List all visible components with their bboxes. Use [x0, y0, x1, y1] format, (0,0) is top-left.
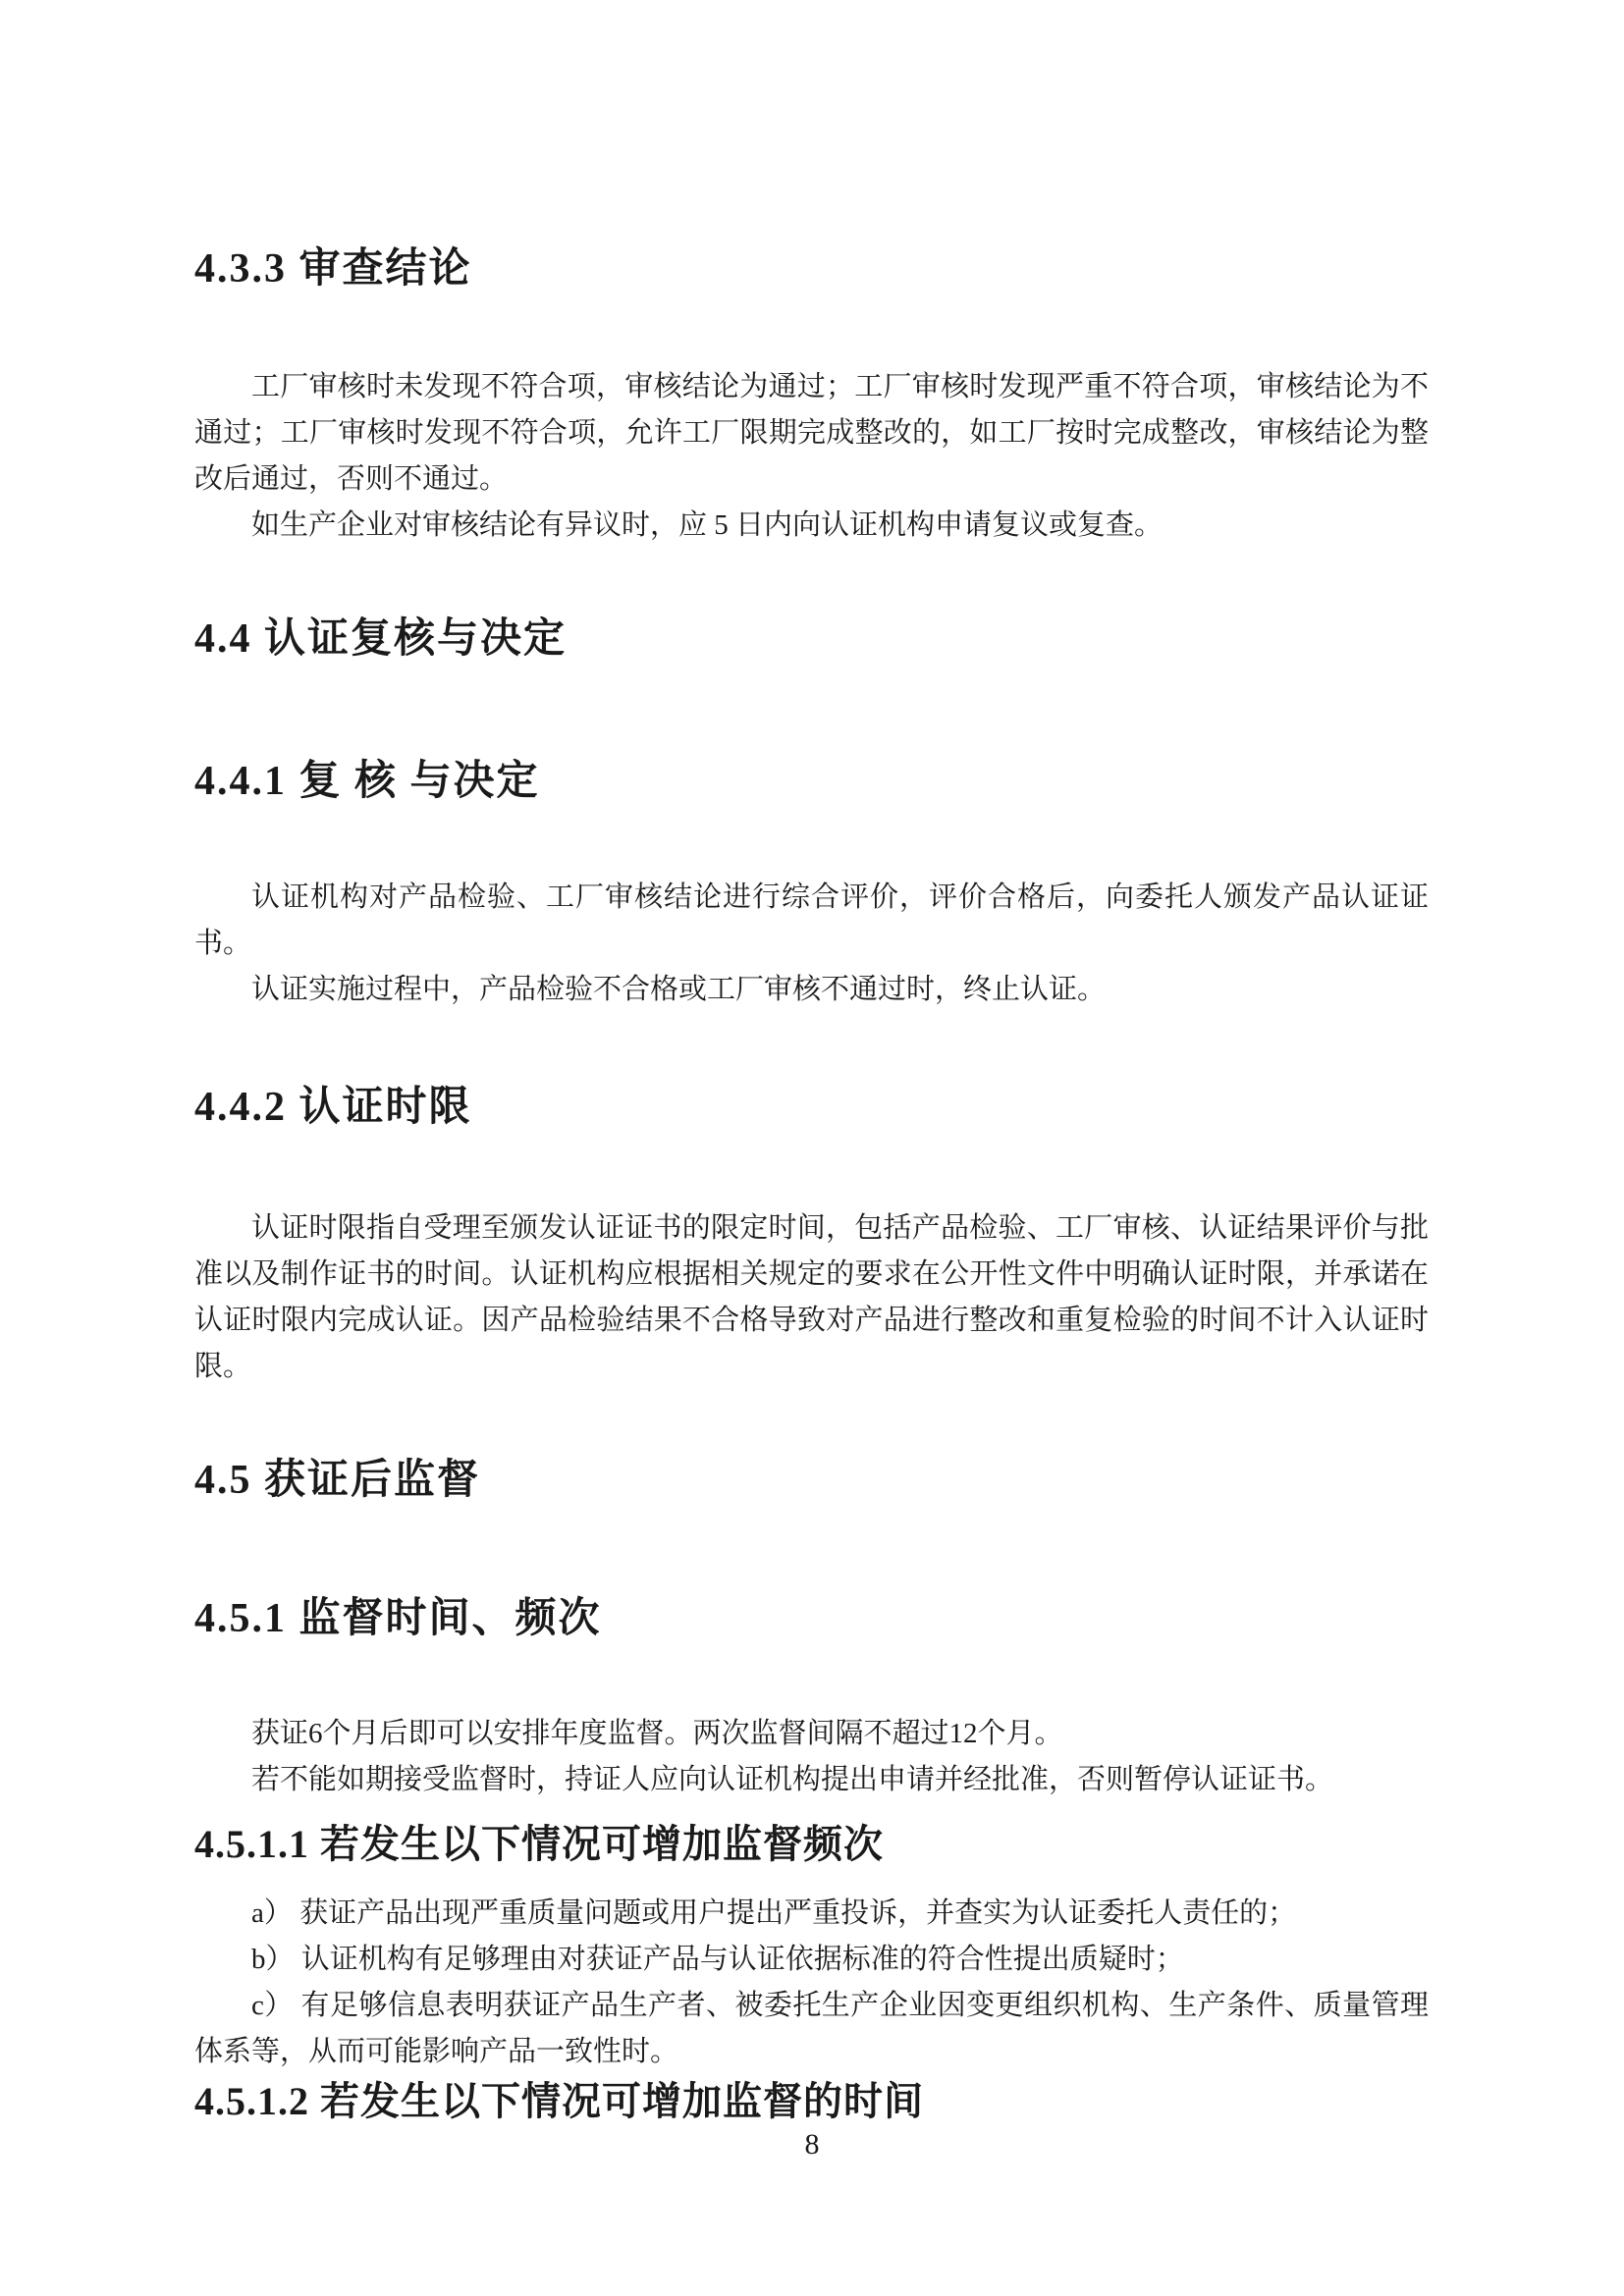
subsection-heading-4-5-1-2: 4.5.1.2 若发生以下情况可增加监督的时间: [194, 2078, 1429, 2125]
document-page: 4.3.3 审查结论 工厂审核时未发现不符合项，审核结论为通过；工厂审核时发现严…: [0, 0, 1624, 2296]
page-number: 8: [0, 2128, 1624, 2162]
list-item-b: b） 认证机构有足够理由对获证产品与认证依据标准的符合性提出质疑时；: [194, 1937, 1429, 1983]
paragraph-certification-time-limit: 认证时限指自受理至颁发认证证书的限定时间，包括产品检验、工厂审核、认证结果评价与…: [194, 1205, 1429, 1390]
document-content: 4.3.3 审查结论 工厂审核时未发现不符合项，审核结论为通过；工厂审核时发现严…: [0, 244, 1624, 2125]
paragraph-review-decision: 认证机构对产品检验、工厂审核结论进行综合评价，评价合格后，向委托人颁发产品认证证…: [194, 875, 1429, 967]
section-heading-4-5: 4.5 获证后监督: [194, 1456, 1429, 1505]
paragraph-audit-conclusion: 工厂审核时未发现不符合项，审核结论为通过；工厂审核时发现严重不符合项，审核结论为…: [194, 364, 1429, 503]
subsection-heading-4-5-1-1: 4.5.1.1 若发生以下情况可增加监督频次: [194, 1821, 1429, 1868]
paragraph-supervision-postpone: 若不能如期接受监督时，持证人应向认证机构提出申请并经批准，否则暂停认证证书。: [194, 1757, 1429, 1803]
section-heading-4-3-3: 4.3.3 审查结论: [194, 244, 1429, 294]
section-heading-4-4: 4.4 认证复核与决定: [194, 614, 1429, 664]
paragraph-supervision-schedule: 获证6个月后即可以安排年度监督。两次监督间隔不超过12个月。: [194, 1711, 1429, 1757]
list-item-c: c） 有足够信息表明获证产品生产者、被委托生产企业因变更组织机构、生产条件、质量…: [194, 1983, 1429, 2075]
section-heading-4-5-1: 4.5.1 监督时间、频次: [194, 1594, 1429, 1643]
paragraph-objection: 如生产企业对审核结论有异议时，应 5 日内向认证机构申请复议或复查。: [194, 503, 1429, 549]
list-item-a: a） 获证产品出现严重质量问题或用户提出严重投诉，并查实为认证委托人责任的；: [194, 1891, 1429, 1937]
section-heading-4-4-1: 4.4.1 复 核 与决定: [194, 757, 1429, 806]
paragraph-terminate-certification: 认证实施过程中，产品检验不合格或工厂审核不通过时，终止认证。: [194, 967, 1429, 1013]
section-heading-4-4-2: 4.4.2 认证时限: [194, 1083, 1429, 1132]
